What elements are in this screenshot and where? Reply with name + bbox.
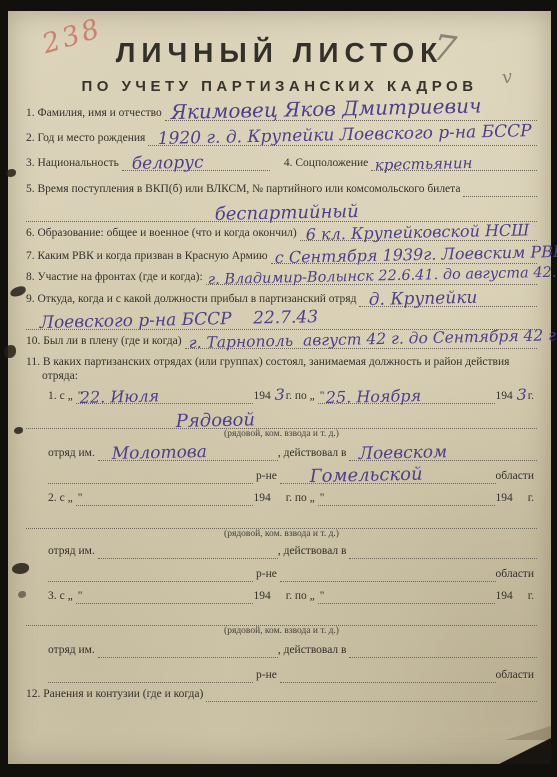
entry-2-to-prefix: г. по „ [286,492,318,506]
entry-1-district-blank: Гомельской [280,467,496,484]
entry-2-from-blank: " [76,489,254,506]
field-blank-2: 1920 г. д. Крупейки Лоевского р-на БССР [148,129,537,146]
field-blank-4: крестьянин [371,154,537,171]
field-label-12: 12. Ранения и контузии (где и когда) [26,688,206,702]
entry-3-otryad-blank [98,641,278,658]
entry-2-district-blank [280,565,496,582]
quote-mark: " [320,492,325,504]
entry-1-acted-value: Лоевском [359,442,448,464]
oblast-label: области [496,568,537,582]
entry-2-from-prefix: с „ [60,492,76,506]
field-blank-6: 6 кл. Крупейковской НСШ [300,224,537,241]
field-label-6: 6. Образование: общее и военное (что и к… [26,227,300,241]
field-row-12: 12. Ранения и контузии (где и когда) [26,684,537,702]
year-printed: 194 [495,492,515,506]
entry-1-date-row: 1. с „ " 22. Июля 194 3 г. по „ " 25. Но… [48,386,537,404]
entry-2-position-row [26,511,537,529]
field-blank-7: с Сентября 1939г. Лоевским РВК [271,247,537,264]
entry-1-from-value: 22. Июля [79,386,159,407]
field-value-9b: Лоевского р-на БССР 22.7.43 [40,307,319,333]
quote-mark: " [320,590,325,602]
year-suffix: г. [528,492,537,506]
rne-label: р-не [253,470,280,484]
field-row-2: 2. Год и место рождения 1920 г. д. Крупе… [26,128,537,146]
form-content: 238 7 v ЛИЧНЫЙ ЛИСТОК ПО УЧЕТУ ПАРТИЗАНС… [8,11,551,764]
field-blank-5a [463,180,537,197]
paper-sheet: 238 7 v ЛИЧНЫЙ ЛИСТОК ПО УЧЕТУ ПАРТИЗАНС… [8,11,551,764]
field-label-8: 8. Участие на фронтах (где и когда): [26,271,206,285]
field-label-9: 9. Откуда, когда и с какой должности при… [26,293,359,307]
field-value-2: 1920 г. д. Крупейки Лоевского р-на БССР [158,121,532,149]
otryad-label: отряд им. [48,447,98,461]
field-label-2: 2. Год и место рождения [26,132,148,146]
year-printed: 194 [495,590,515,604]
field-value-4: крестьянин [375,154,473,174]
entry-3-otryad-row: отряд им. , действовал в [48,640,537,658]
year-printed: 194 [253,492,273,506]
entry-1-from-prefix: с „ [60,390,76,404]
year-suffix: г. [528,590,537,604]
oblast-label: области [496,470,537,484]
entry-1-position-caption: (рядовой, ком. взвода и т. д.) [26,429,537,440]
entry-1-to-blank: " 25. Ноября [318,387,496,404]
field-label-10: 10. Был ли в плену (где и когда) [26,335,185,349]
field-row-10: 10. Был ли в плену (где и когда) г. Тарн… [26,331,537,349]
entry-1-otryad-value: Молотова [111,442,206,464]
entry-3-to-prefix: г. по „ [286,590,318,604]
field-row-3-4: 3. Национальность белорус 4. Соцположени… [26,153,537,171]
field-value-1: Якимовец Яков Дмитриевич [170,93,481,124]
entry-1-to-value: 25. Ноября [325,386,421,407]
field-row-1: 1. Фамилия, имя и отчество Якимовец Яков… [26,103,537,121]
field-blank-3: белорус [122,154,270,171]
field-label-3: 3. Национальность [26,157,122,171]
entry-2-otryad-blank [98,542,278,559]
entry-1-from-year: 3 [274,389,286,401]
entry-1-otryad-blank: Молотова [98,444,278,461]
entry-3-date-row: 3. с „ " 194 г. по „ " 194 г. [48,586,537,604]
field-blank-5b: беспартийный [26,205,537,222]
year-printed: 194 [253,390,273,404]
entry-3-index: 3. [48,590,60,604]
entry-2-position-blank [26,512,537,529]
field-value-6: 6 кл. Крупейковской НСШ [305,220,529,244]
entry-2-date-row: 2. с „ " 194 г. по „ " 194 г. [48,488,537,506]
entry-1-acted-blank: Лоевском [349,444,537,461]
field-value-8: г. Владимир-Волынск 22.6.41. до августа … [207,265,556,288]
field-blank-1: Якимовец Яков Дмитриевич [165,104,537,121]
entry-1-lead-blank [48,467,253,484]
field-label-7: 7. Каким РВК и когда призван в Красную А… [26,250,271,264]
entry-2-acted-blank [349,542,537,559]
quote-mark: " [78,492,83,504]
entry-1-to-prefix: г. по „ [286,390,318,404]
entry-3-from-blank: " [76,587,254,604]
field-blank-8: г. Владимир-Волынск 22.6.41. до августа … [206,268,537,285]
entry-1-to-year: 3 [516,389,528,401]
field-value-5: беспартийный [215,201,359,225]
acted-label: , действовал в [278,447,350,461]
field-row-6: 6. Образование: общее и военное (что и к… [26,223,537,241]
entry-1-district-value: Гомельской [309,464,422,487]
entry-3-position-row [26,608,537,626]
otryad-label: отряд им. [48,644,98,658]
entry-1-otryad-row: отряд им. Молотова , действовал в Лоевск… [48,443,537,461]
field-blank-12 [206,685,537,702]
entry-2-otryad-row: отряд им. , действовал в [48,541,537,559]
entry-2-to-blank: " [318,489,496,506]
entry-1-position-value: Рядовой [176,409,256,432]
field-blank-9a: д. Крупейки [359,290,537,307]
entry-1-position-row: Рядовой [26,411,537,429]
entry-3-district-row: р-не области [48,665,537,683]
entry-2-lead-blank [48,565,253,582]
entry-3-position-caption: (рядовой, ком. взвода и т. д.) [26,626,537,637]
field-blank-10: г. Тарнополь август 42 г. до Сентября 42… [185,332,537,349]
field-row-8: 8. Участие на фронтах (где и когда): г. … [26,267,537,285]
field-label-5: 5. Время поступления в ВКП(б) или ВЛКСМ,… [26,183,463,197]
entry-3-to-blank: " [318,587,496,604]
year-printed: 194 [495,390,515,404]
scanned-document: 238 7 v ЛИЧНЫЙ ЛИСТОК ПО УЧЕТУ ПАРТИЗАНС… [0,0,557,777]
acted-label: , действовал в [278,644,350,658]
document-subtitle: ПО УЧЕТУ ПАРТИЗАНСКИХ КАДРОВ [8,78,551,95]
acted-label: , действовал в [278,545,350,559]
entry-1-district-row: р-не Гомельской области [48,466,537,484]
quote-mark: " [78,590,83,602]
entry-3-from-prefix: с „ [60,590,76,604]
entry-3-district-blank [280,666,496,683]
quote-mark: " [320,390,325,402]
field-value-10: г. Тарнополь август 42 г. до Сентября 42… [188,326,557,352]
oblast-label: области [496,669,537,683]
field-row-5: 5. Время поступления в ВКП(б) или ВЛКСМ,… [26,179,537,197]
entry-3-position-blank [26,609,537,626]
rne-label: р-не [253,568,280,582]
rne-label: р-не [253,669,280,683]
entry-2-position-caption: (рядовой, ком. взвода и т. д.) [26,529,537,540]
entry-1-index: 1. [48,390,60,404]
section-11-label: 11. В каких партизанских отрядах (или гр… [26,355,537,383]
entry-3-lead-blank [48,666,253,683]
entry-2-index: 2. [48,492,60,506]
otryad-label: отряд им. [48,545,98,559]
field-value-9: д. Крупейки [369,288,478,310]
entry-2-district-row: р-не области [48,564,537,582]
entry-1-position-blank: Рядовой [26,412,537,429]
field-label-1: 1. Фамилия, имя и отчество [26,107,165,121]
field-value-3: белорус [131,153,203,174]
entry-3-acted-blank [349,641,537,658]
form-body: 1. Фамилия, имя и отчество Якимовец Яков… [26,103,537,702]
year-printed: 194 [253,590,273,604]
field-row-9: 9. Откуда, когда и с какой должности при… [26,289,537,307]
field-row-5-cont: беспартийный [26,204,537,222]
folded-corner [499,738,551,764]
field-row-7: 7. Каким РВК и когда призван в Красную А… [26,246,537,264]
entry-1-from-blank: " 22. Июля [76,387,254,404]
year-suffix: г. [528,390,537,404]
field-value-7: с Сентября 1939г. Лоевским РВК [274,242,557,267]
field-label-4: 4. Соцположение [270,157,371,171]
